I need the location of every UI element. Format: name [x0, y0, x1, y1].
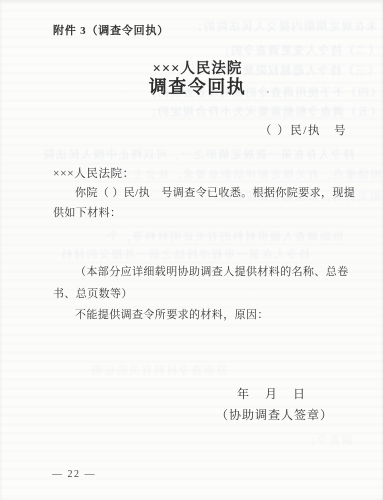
- note-paragraph: （本部分应详细载明协助调查人提供材料的名称、总卷 书、总页数等）: [53, 261, 347, 305]
- body-line: 你院（ ）民/执 号调查令已收悉。根据你院要求，现提: [53, 183, 347, 203]
- body-line: 供如下材料：: [53, 203, 347, 223]
- bleed-through-line: 原审查令材料有关的证明: [90, 362, 228, 378]
- bleed-through-line: 协助调查人提供材料的有关证明材料等，个: [106, 228, 344, 244]
- bleed-through-line: （二）持令人变更调查令的；: [217, 42, 380, 58]
- signature-line: （协助调查人签章）: [216, 406, 333, 423]
- bleed-through-line: 持令人存在第一款规定情形之一，可以终止中级人民法院: [42, 146, 355, 162]
- bleed-through-line: （五）调查令根据需要灭失不符合规定的；: [144, 103, 382, 119]
- reason-line: 不能提供调查令所要求的材料，原因：: [53, 305, 347, 325]
- bleed-through-line: 未在规定期限内提交人民法院的；: [190, 18, 378, 34]
- salutation-line: ×××人民法院：: [53, 165, 135, 181]
- document-title: 调查令回执: [12, 73, 383, 99]
- body-paragraph: 你院（ ）民/执 号调查令已收悉。根据你院要求，现提 供如下材料：: [53, 183, 347, 223]
- scanned-page: 未在规定期限内提交人民法院的； （二）持令人变更调查令的； （三）持令人超越权限…: [0, 0, 383, 500]
- bleed-through-line: 围绕重点，有关规定和评估职业要求，社会主义: [119, 166, 382, 182]
- note-line: 书、总页数等）: [53, 283, 347, 305]
- page-number: — 22 —: [52, 469, 96, 480]
- case-number-line: （ ）民/执 号: [260, 122, 347, 138]
- note-line: （本部分应详细载明协助调查人提供材料的名称、总卷: [53, 261, 347, 283]
- date-line: 年 月 日: [237, 385, 307, 402]
- attachment-label: 附件 3（调查令回执）: [53, 22, 169, 38]
- bleed-through-line: 持令人在第一审程序终结之前一并提交的材料: [60, 246, 310, 262]
- bleed-through-line: 调查令；: [303, 432, 353, 448]
- reason-paragraph: 不能提供调查令所要求的材料，原因：: [53, 305, 347, 325]
